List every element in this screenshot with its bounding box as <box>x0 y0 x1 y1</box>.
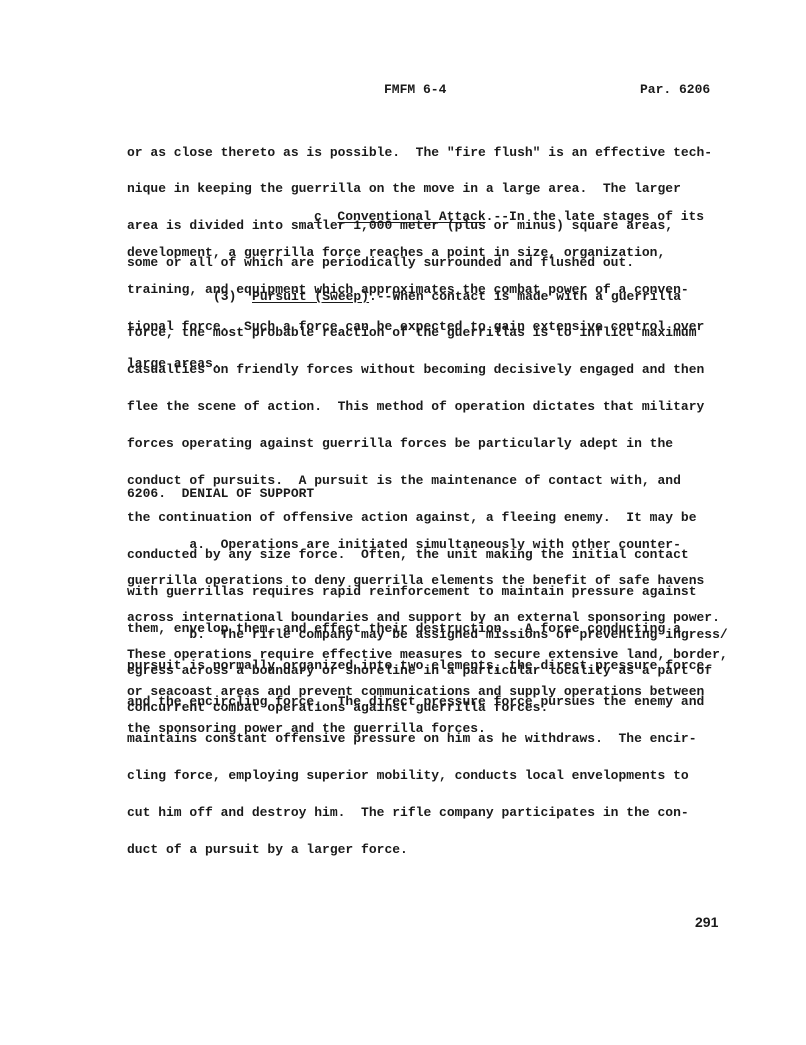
text-line: or as close thereto as is possible. The … <box>127 147 712 159</box>
document-id-header: FMFM 6-4 <box>384 82 446 97</box>
text-line: casualties on friendly forces without be… <box>127 364 704 376</box>
text-line: cut him off and destroy him. The rifle c… <box>127 807 704 819</box>
paragraph-ref-header: Par. 6206 <box>640 82 710 97</box>
text-line: egress across a boundary or shoreline in… <box>127 665 728 677</box>
text-line: concurrent combat operations against gue… <box>127 702 728 714</box>
section-heading-6206: 6206. DENIAL OF SUPPORT <box>127 488 314 500</box>
document-page: FMFM 6-4 Par. 6206 or as close thereto a… <box>0 0 806 1045</box>
text-line: force, the most probable reaction of the… <box>127 327 704 339</box>
subparagraph-title: Pursuit (Sweep) <box>252 289 369 304</box>
text-line: cling force, employing superior mobility… <box>127 770 704 782</box>
page-number: 291 <box>695 914 718 930</box>
subparagraph-title-line: (3) Pursuit (Sweep).--When contact is ma… <box>127 291 704 303</box>
text-line: a. Operations are initiated simultaneous… <box>127 539 728 551</box>
text-line: forces operating against guerrilla force… <box>127 438 704 450</box>
subparagraph-title-line: c Conventional Attack.--In the late stag… <box>127 211 704 223</box>
subparagraph-title: Conventional Attack <box>337 209 485 224</box>
text-line: development, a guerrilla force reaches a… <box>127 247 704 259</box>
paragraph-denial-b: b. The rifle company may be assigned mis… <box>127 604 728 739</box>
text-line: .--In the late stages of its <box>486 209 704 224</box>
subparagraph-label: (3) <box>213 289 236 304</box>
text-line: guerrilla operations to deny guerrilla e… <box>127 575 728 587</box>
subparagraph-label: c <box>314 209 322 224</box>
text-line: b. The rifle company may be assigned mis… <box>127 629 728 641</box>
text-line: flee the scene of action. This method of… <box>127 401 704 413</box>
text-line: duct of a pursuit by a larger force. <box>127 844 704 856</box>
text-line: .--When contact is made with a guerrilla <box>369 289 681 304</box>
